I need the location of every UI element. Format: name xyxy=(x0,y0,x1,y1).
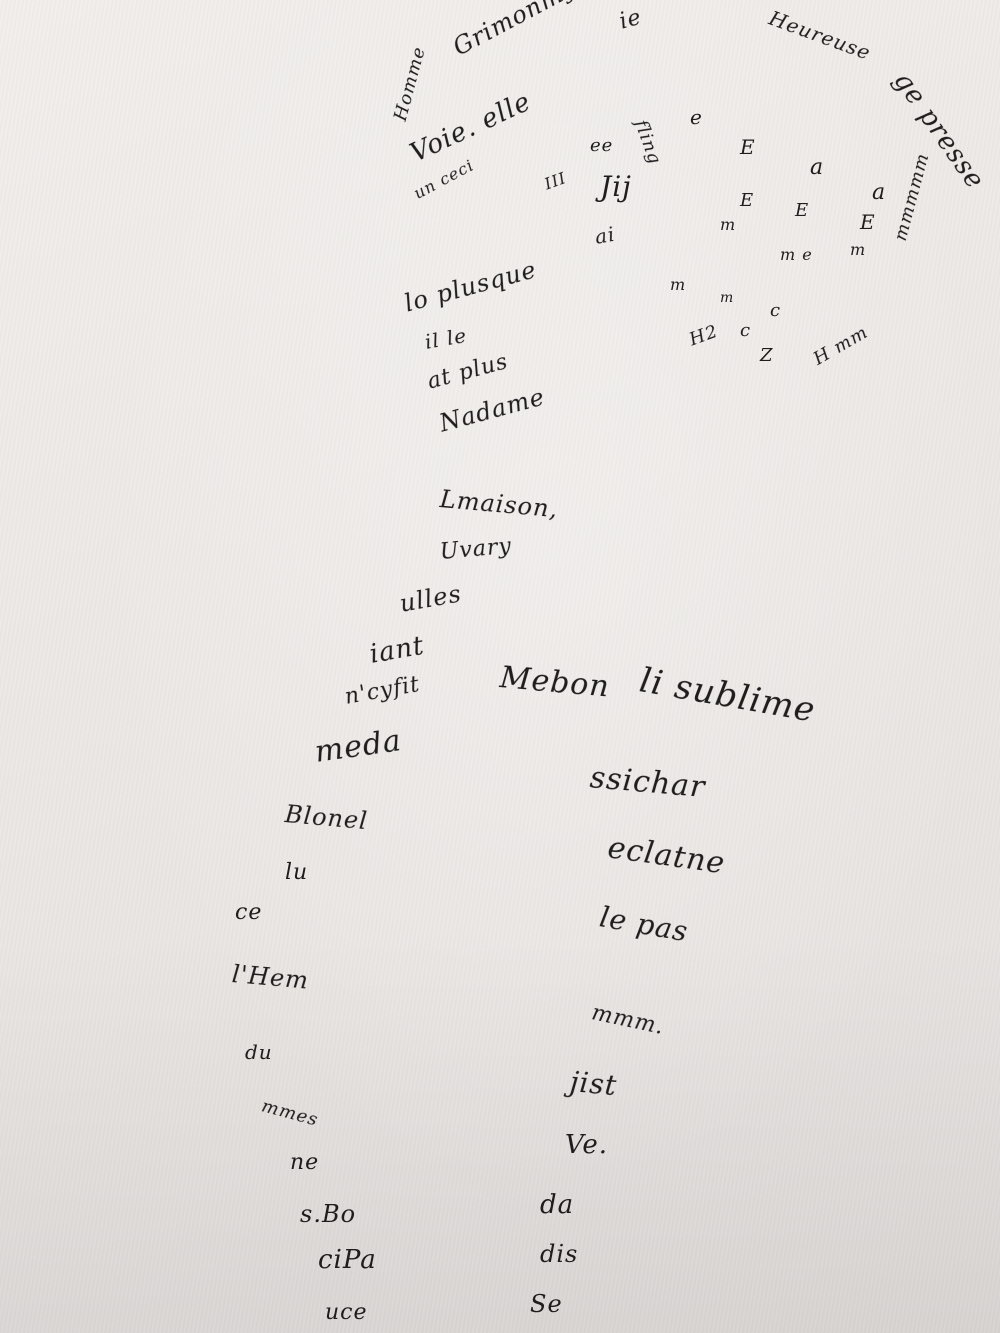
handwritten-word-face: m e xyxy=(780,245,813,264)
handwritten-word-arm-line: li sublime xyxy=(637,660,819,730)
handwritten-word-right-leg: ssichar xyxy=(588,760,706,805)
handwritten-word-face: Jij xyxy=(600,170,632,203)
handwritten-word-face: m xyxy=(850,240,866,259)
handwritten-word-face: fling xyxy=(630,117,666,168)
handwritten-word-face: a xyxy=(810,155,824,180)
handwritten-word-face: m xyxy=(670,275,686,294)
handwritten-word-face: m xyxy=(720,290,734,306)
handwritten-word-right-leg: dis xyxy=(540,1240,578,1268)
handwritten-word-right-leg: eclatne xyxy=(606,830,728,881)
handwritten-word-head-arc: ie xyxy=(617,5,645,35)
handwritten-word-body-column: lu xyxy=(285,860,308,885)
handwritten-word-face: E xyxy=(795,200,809,221)
handwritten-word-neck: lo plusque xyxy=(401,255,539,317)
handwritten-word-right-leg: mmm. xyxy=(589,1000,666,1040)
handwritten-word-body-column: ulles xyxy=(398,579,464,617)
handwritten-word-face: H2 xyxy=(686,321,721,351)
handwritten-word-body-column: Uvary xyxy=(439,534,513,565)
handwritten-word-head-arc: ge presse xyxy=(888,66,990,194)
handwritten-word-left-leg: du xyxy=(245,1040,273,1064)
handwritten-word-left-leg: ne xyxy=(290,1150,319,1175)
handwritten-word-left-leg: ce xyxy=(235,900,262,925)
handwritten-word-face: Voie. elle xyxy=(406,87,536,169)
handwritten-word-body-column: iant xyxy=(367,631,426,670)
handwritten-word-face: III xyxy=(542,168,569,193)
handwritten-word-left-leg: mmes xyxy=(259,1095,320,1130)
handwritten-word-right-leg: Ve. xyxy=(565,1130,608,1160)
handwritten-word-face: ee xyxy=(590,135,613,156)
handwritten-word-face: H mm xyxy=(810,322,872,370)
handwritten-word-face: E xyxy=(860,210,876,234)
handwritten-word-face: c xyxy=(740,320,751,341)
handwritten-word-body-column: n'cyfit xyxy=(343,672,422,710)
handwritten-word-arm-line: Mebon xyxy=(498,660,611,704)
handwritten-word-face: mmmmm xyxy=(890,151,934,244)
handwritten-word-face: E xyxy=(740,190,754,211)
handwritten-word-right-leg: da xyxy=(540,1190,574,1220)
handwritten-word-head-arc: Heureuse xyxy=(766,6,874,65)
handwritten-word-body-column: Lmaison, xyxy=(439,485,560,523)
handwritten-word-head-arc: Grimonmy xyxy=(448,0,581,61)
handwritten-word-neck: il le xyxy=(423,323,469,354)
handwritten-word-right-leg: jist xyxy=(569,1065,619,1102)
handwritten-word-left-leg: uce xyxy=(325,1300,368,1325)
handwritten-word-face: e xyxy=(690,105,703,129)
handwritten-word-face: a xyxy=(872,180,886,205)
handwritten-word-left-leg: l'Hem xyxy=(231,960,310,995)
handwritten-word-body-column: meda xyxy=(313,723,404,770)
handwritten-word-body-column: Blonel xyxy=(284,800,369,835)
handwritten-word-head-arc: Homme xyxy=(390,44,430,123)
handwritten-word-face: c xyxy=(770,300,781,321)
handwritten-word-right-leg: le pas xyxy=(597,900,691,948)
handwritten-word-face: Z xyxy=(760,345,774,366)
handwritten-word-left-leg: ciPa xyxy=(318,1245,377,1275)
handwritten-word-face: m xyxy=(720,215,736,234)
handwritten-word-left-leg: s.Bo xyxy=(300,1200,356,1228)
handwritten-word-face: ai xyxy=(593,222,617,249)
handwritten-word-right-leg: Se xyxy=(530,1290,563,1318)
handwritten-word-face: E xyxy=(740,135,756,159)
handwritten-word-neck: Nadame xyxy=(436,383,548,438)
handwritten-word-neck: at plus xyxy=(425,349,511,395)
